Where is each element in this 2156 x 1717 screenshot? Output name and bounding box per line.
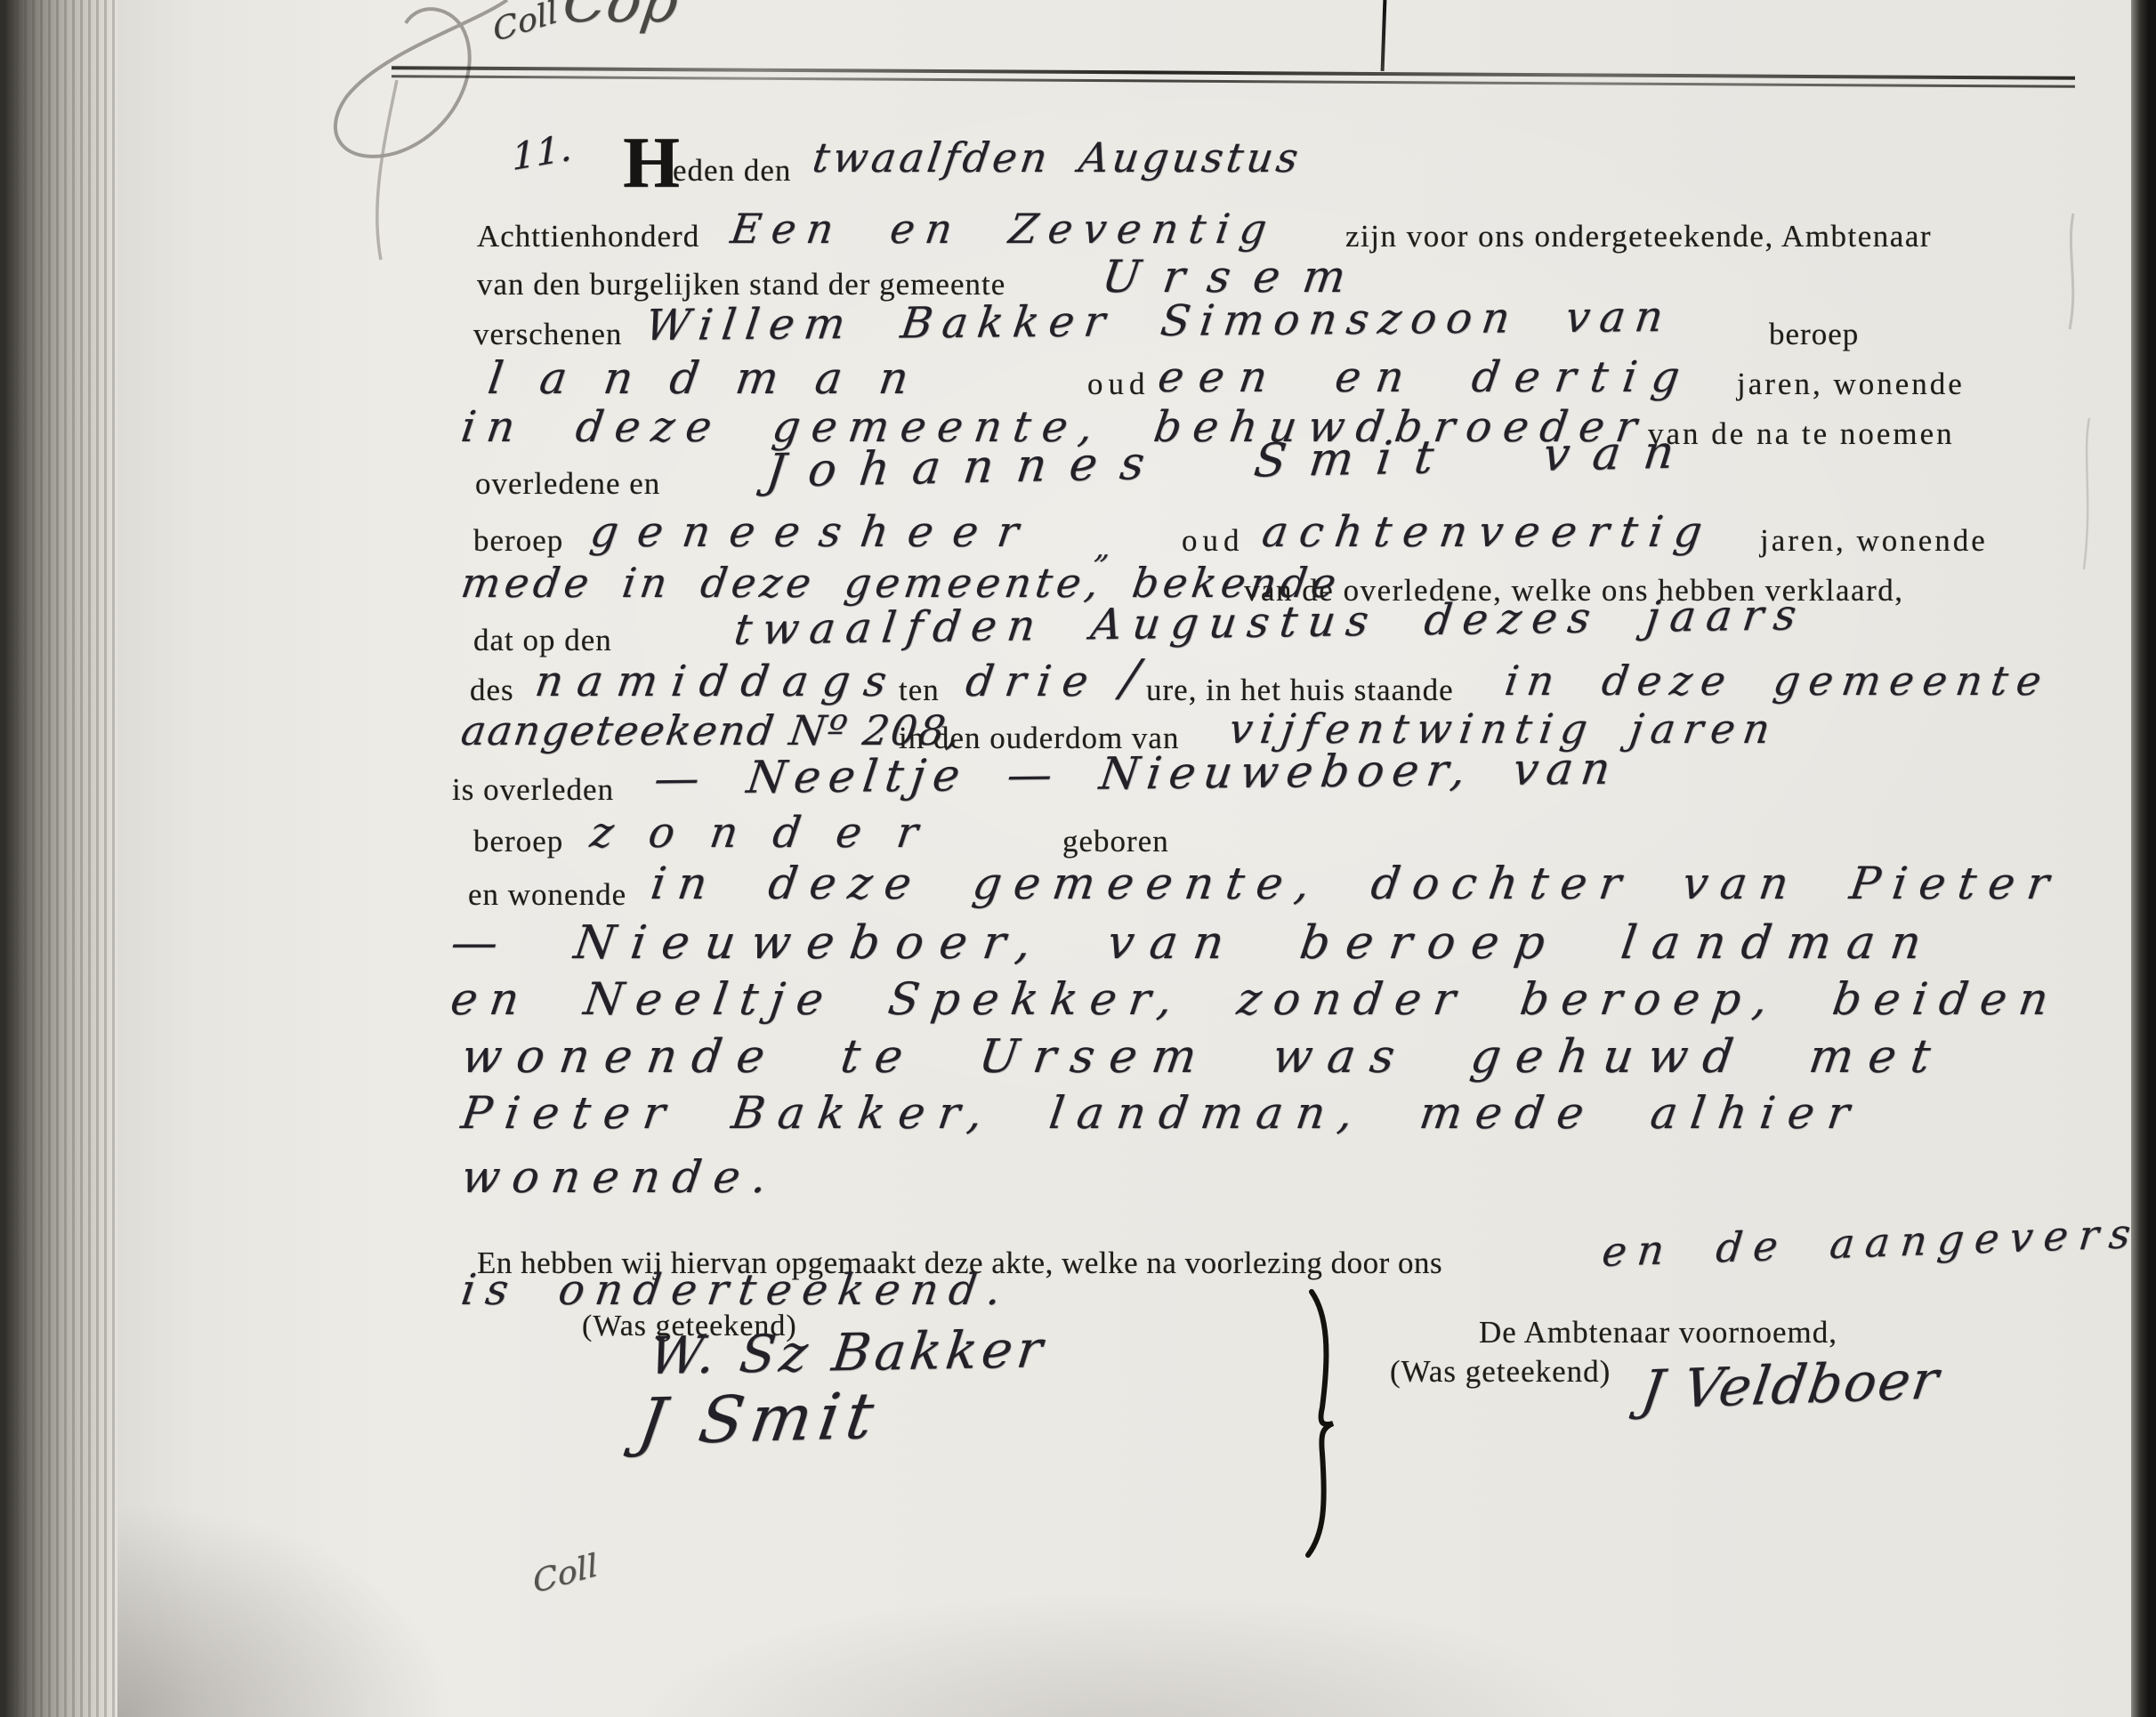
form-text-beroep-2: beroep (473, 523, 563, 559)
form-text-verschenen: verschenen (473, 317, 622, 352)
hw-house-location: in deze gemeente (1502, 657, 2053, 705)
book-binding (0, 0, 117, 1717)
witness-signature-bakker: W. Sz Bakker (646, 1318, 1050, 1386)
initial-capital-H: H (623, 133, 680, 192)
hw-closing-onderteekend: is onderteekend. (458, 1265, 1014, 1315)
page-edge-right (2131, 0, 2156, 1717)
hw-mother-name-profession: en Neeltje Spekker, zonder beroep, beide… (448, 973, 2063, 1025)
form-text-burgelijken-stand: van den burgelijken stand der gemeente (477, 267, 1005, 302)
form-text-des: des (470, 673, 514, 708)
form-text-zijn-voor-ons: zijn voor ons ondergeteekende, Ambtenaar (1345, 219, 1932, 254)
hw-declarant2-profession: geneesheer (587, 507, 1041, 557)
hw-father-name-profession: — Nieuweboer, van beroep landman (448, 916, 1941, 970)
form-text-beroep-3: beroep (473, 824, 563, 859)
hw-date-day-month: twaalfden Augustus (810, 133, 1304, 181)
form-text-heden-den: eden den (673, 153, 791, 189)
hw-year: Een en Zeventig (728, 205, 1280, 253)
hw-time-of-day: namiddags (532, 657, 904, 706)
margin-marks (2047, 214, 2118, 587)
form-text-jaren-wonende-2: jaren, wonende (1760, 523, 1988, 559)
form-text-en-wonende: en wonende (468, 877, 626, 913)
form-text-dat-op-den: dat op den (473, 623, 612, 658)
form-text-ten: ten (899, 673, 940, 708)
official-was-geteekend-label: (Was geteekend) (1390, 1354, 1611, 1390)
hw-declarant1-age: een en dertig (1155, 352, 1698, 402)
cop-partial-mark: Cop (559, 0, 682, 36)
form-text-geboren: geboren (1062, 824, 1169, 859)
hw-declarant1-profession: landman (485, 352, 949, 404)
hw-house-number: aangeteekend Nº 208, (458, 706, 965, 754)
hw-spouse-name: Pieter Bakker, landman, mede alhier (458, 1087, 1866, 1139)
document-scan: Cop Coll 11. H eden den twaalfden August… (0, 0, 2156, 1717)
hw-deceased-profession: zonder (587, 808, 957, 858)
hw-deceased-residence-father: in deze gemeente, dochter van Pieter (648, 858, 2064, 909)
hw-spouse-residence: wonende. (458, 1151, 783, 1203)
form-text-beroep-1: beroep (1769, 317, 1859, 352)
hw-declarant1-name: Willem Bakker Simonszoon van (642, 292, 1676, 351)
form-text-is-overleden: is overleden (452, 772, 614, 808)
form-text-ure-huis-staande: ure, in het huis staande (1146, 673, 1454, 708)
form-text-oud-2: oud (1182, 523, 1245, 559)
witness-signature-smit: J Smit (634, 1378, 885, 1459)
form-text-overledene-en: overledene en (475, 466, 660, 502)
official-title: De Ambtenaar voornoemd, (1479, 1315, 1837, 1350)
hw-declarant2-age: achtenveertig (1259, 507, 1716, 557)
form-text-achttienhonderd: Achttienhonderd (477, 219, 699, 254)
hw-parents-residence-marriage: wonende te Ursem was gehuwd met (458, 1030, 1949, 1084)
official-signature-veldboer: J Veldboer (1637, 1349, 1944, 1422)
form-text-jaren-wonende-1: jaren, wonende (1737, 367, 1965, 402)
hw-deceased-name: — Neeltje — Nieuweboer, van (651, 743, 1621, 804)
form-text-oud-1: oud (1087, 367, 1151, 402)
signature-brace (1301, 1290, 1340, 1557)
hw-hour: drie (963, 657, 1102, 706)
